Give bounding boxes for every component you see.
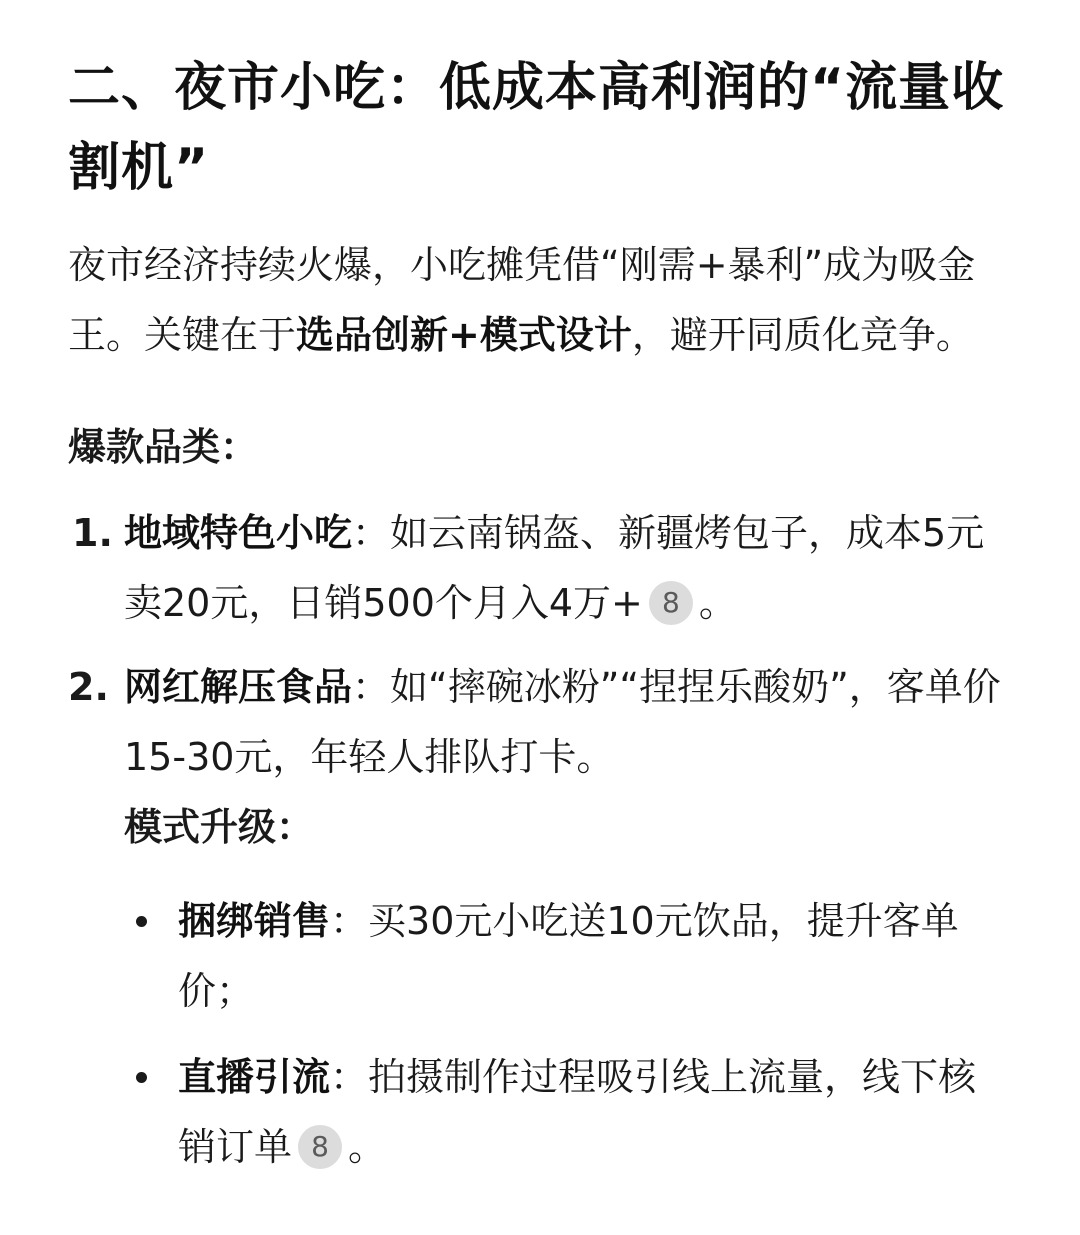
article: 二、夜市小吃：低成本高利润的“流量收割机” 夜市经济持续火爆，小吃摊凭借“刚需+… bbox=[0, 0, 1080, 1235]
list-number: 1. bbox=[72, 498, 113, 568]
list-number: 2. bbox=[68, 652, 109, 722]
list-item: 2. 网红解压食品：如“摔碗冰粉”“捏捏乐酸奶”，客单价15-30元，年轻人排队… bbox=[68, 652, 1010, 1182]
bullet-icon bbox=[136, 916, 147, 927]
citation-badge[interactable]: 8 bbox=[649, 581, 693, 625]
item-label: 网红解压食品 bbox=[124, 665, 352, 709]
bullet-item: 捆绑销售：买30元小吃送10元饮品，提升客单价； bbox=[124, 886, 1010, 1026]
citation-badge[interactable]: 8 bbox=[298, 1125, 342, 1169]
categories-label: 爆款品类： bbox=[68, 412, 1010, 482]
intro-bold: 选品创新+模式设计 bbox=[296, 313, 632, 357]
item-label: 地域特色小吃 bbox=[124, 511, 352, 555]
bullet-label: 直播引流 bbox=[178, 1055, 330, 1099]
mode-upgrade-label: 模式升级： bbox=[124, 792, 1010, 862]
section-heading: 二、夜市小吃：低成本高利润的“流量收割机” bbox=[68, 48, 1010, 208]
bullet-item: 直播引流：拍摄制作过程吸引线上流量，线下核销订单8。 bbox=[124, 1042, 1010, 1182]
upgrade-bullets: 捆绑销售：买30元小吃送10元饮品，提升客单价； 直播引流：拍摄制作过程吸引线上… bbox=[124, 886, 1010, 1182]
bullet-end: 。 bbox=[348, 1125, 386, 1169]
intro-text-2: ，避开同质化竞争。 bbox=[632, 313, 974, 357]
bullet-label: 捆绑销售 bbox=[178, 899, 330, 943]
item-end: 。 bbox=[699, 581, 737, 625]
category-list: 1. 地域特色小吃：如云南锅盔、新疆烤包子，成本5元卖20元，日销500个月入4… bbox=[68, 498, 1010, 1182]
intro-paragraph: 夜市经济持续火爆，小吃摊凭借“刚需+暴利”成为吸金王。关键在于选品创新+模式设计… bbox=[68, 230, 1010, 370]
list-item: 1. 地域特色小吃：如云南锅盔、新疆烤包子，成本5元卖20元，日销500个月入4… bbox=[68, 498, 1010, 638]
bullet-icon bbox=[136, 1072, 147, 1083]
